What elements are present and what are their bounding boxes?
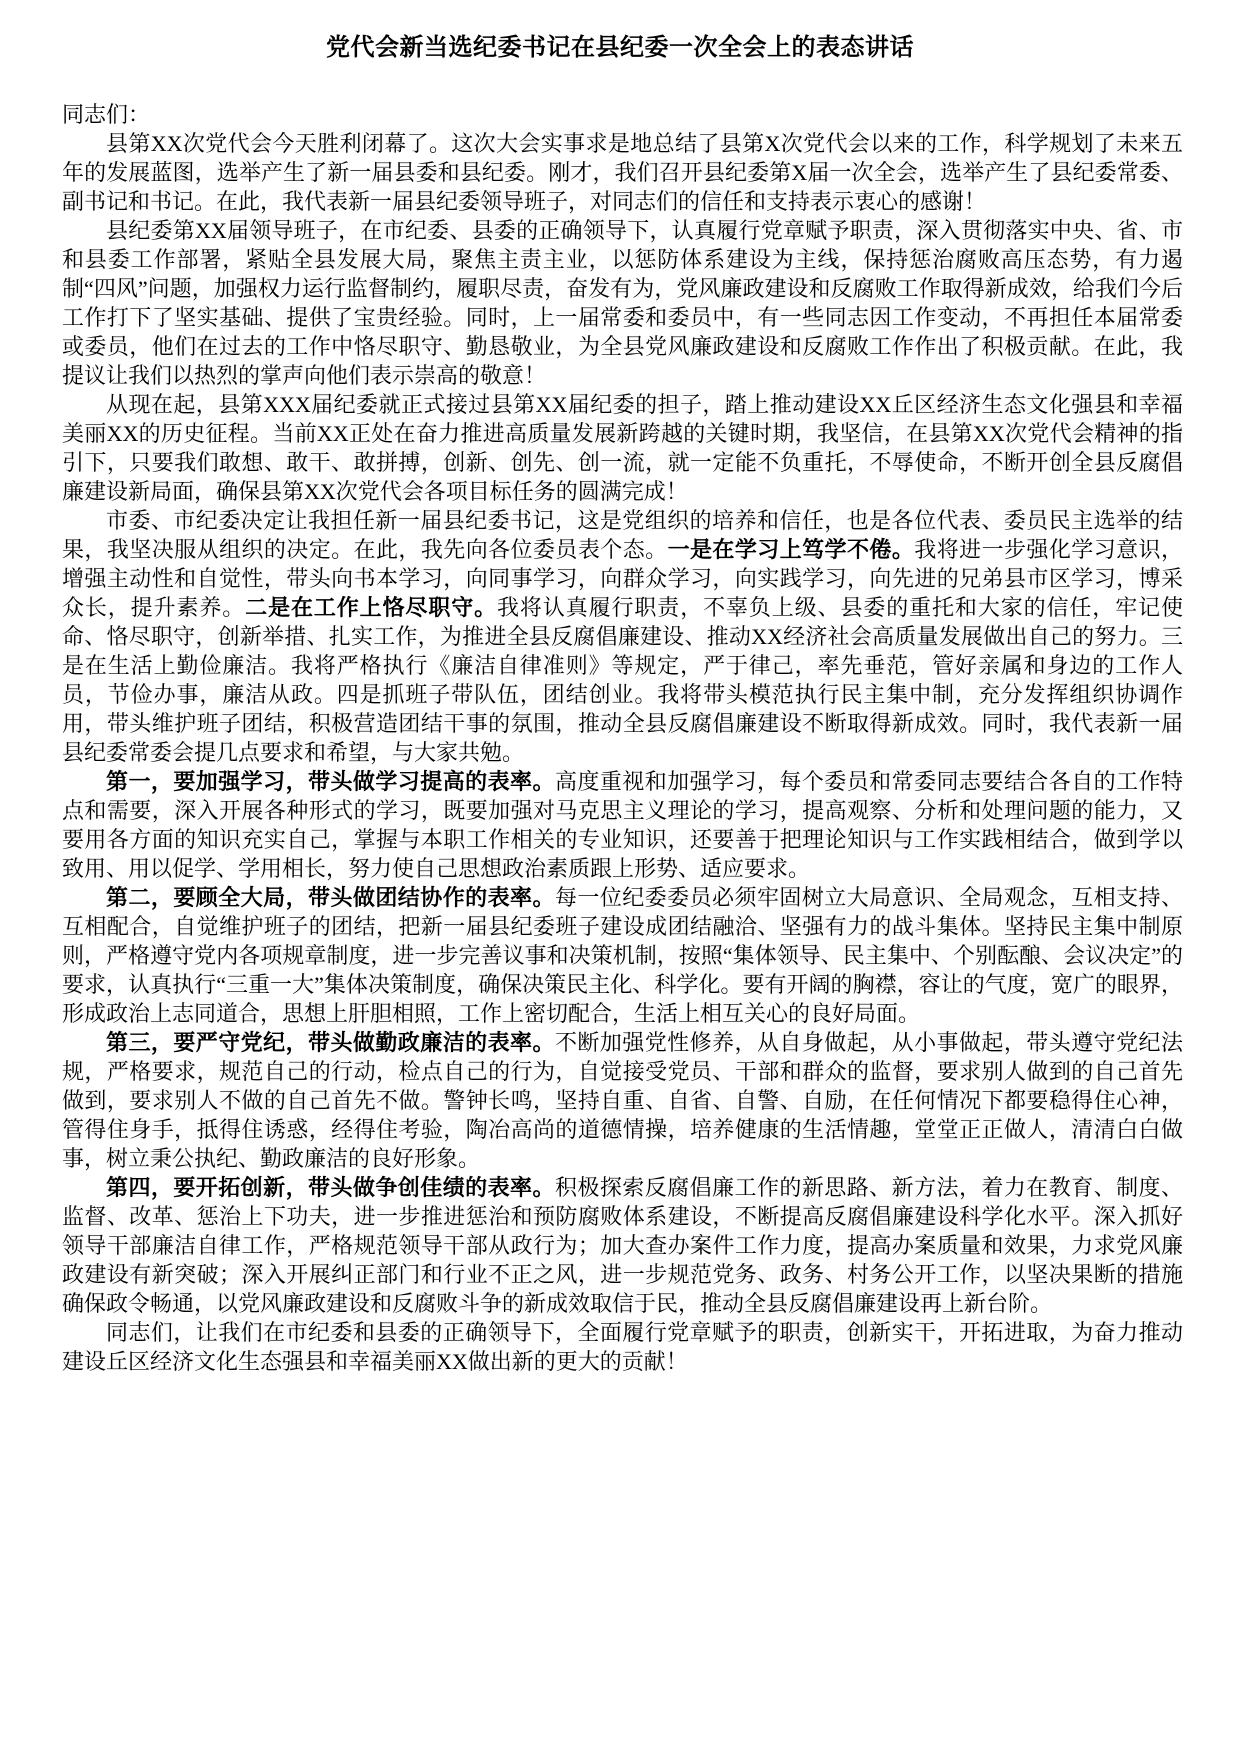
document-body: 同志们：县第XX次党代会今天胜利闭幕了。这次大会实事求是地总结了县第X次党代会以… [62, 100, 1183, 1376]
paragraph: 同志们，让我们在市纪委和县委的正确领导下，全面履行党章赋予的职责，创新实干，开拓… [62, 1318, 1183, 1376]
bold-text-run: 第一，要加强学习，带头做学习提高的表率。 [106, 769, 555, 794]
paragraph: 市委、市纪委决定让我担任新一届县纪委书记，这是党组织的培养和信任，也是各位代表、… [62, 506, 1183, 767]
paragraph: 同志们： [62, 100, 1183, 129]
text-run: 我将认真履行职责，不辜负上级、县委的重托和大家的信任，牢记使命、恪尽职守，创新举… [62, 595, 1183, 765]
paragraph: 第三，要严守党纪，带头做勤政廉洁的表率。不断加强党性修养，从自身做起，从小事做起… [62, 1028, 1183, 1173]
text-run: 从现在起，县第XXX届纪委就正式接过县第XX届纪委的担子，踏上推动建设XX丘区经… [62, 392, 1183, 504]
text-run: 县第XX次党代会今天胜利闭幕了。这次大会实事求是地总结了县第X次党代会以来的工作… [62, 131, 1183, 214]
text-run: 县纪委第XX届领导班子，在市纪委、县委的正确领导下，认真履行党章赋予职责，深入贯… [62, 218, 1183, 388]
document-title: 党代会新当选纪委书记在县纪委一次全会上的表态讲话 [0, 0, 1240, 63]
paragraph: 县第XX次党代会今天胜利闭幕了。这次大会实事求是地总结了县第X次党代会以来的工作… [62, 129, 1183, 216]
bold-text-run: 第四，要开拓创新，带头做争创佳绩的表率。 [106, 1175, 555, 1200]
text-run: 同志们，让我们在市纪委和县委的正确领导下，全面履行党章赋予的职责，创新实干，开拓… [62, 1320, 1183, 1374]
document-page: 党代会新当选纪委书记在县纪委一次全会上的表态讲话 同志们：县第XX次党代会今天胜… [0, 0, 1240, 1754]
paragraph: 第四，要开拓创新，带头做争创佳绩的表率。积极探索反腐倡廉工作的新思路、新方法，着… [62, 1173, 1183, 1318]
paragraph: 从现在起，县第XXX届纪委就正式接过县第XX届纪委的担子，踏上推动建设XX丘区经… [62, 390, 1183, 506]
text-run: 同志们： [62, 102, 150, 127]
paragraph: 第二，要顾全大局，带头做团结协作的表率。每一位纪委委员必须牢固树立大局意识、全局… [62, 883, 1183, 1028]
bold-text-run: 第二，要顾全大局，带头做团结协作的表率。 [106, 885, 555, 910]
bold-text-run: 二是在工作上恪尽职守。 [245, 595, 497, 620]
bold-text-run: 第三，要严守党纪，带头做勤政廉洁的表率。 [106, 1030, 555, 1055]
paragraph: 第一，要加强学习，带头做学习提高的表率。高度重视和加强学习，每个委员和常委同志要… [62, 767, 1183, 883]
bold-text-run: 一是在学习上笃学不倦。 [668, 537, 915, 562]
paragraph: 县纪委第XX届领导班子，在市纪委、县委的正确领导下，认真履行党章赋予职责，深入贯… [62, 216, 1183, 390]
